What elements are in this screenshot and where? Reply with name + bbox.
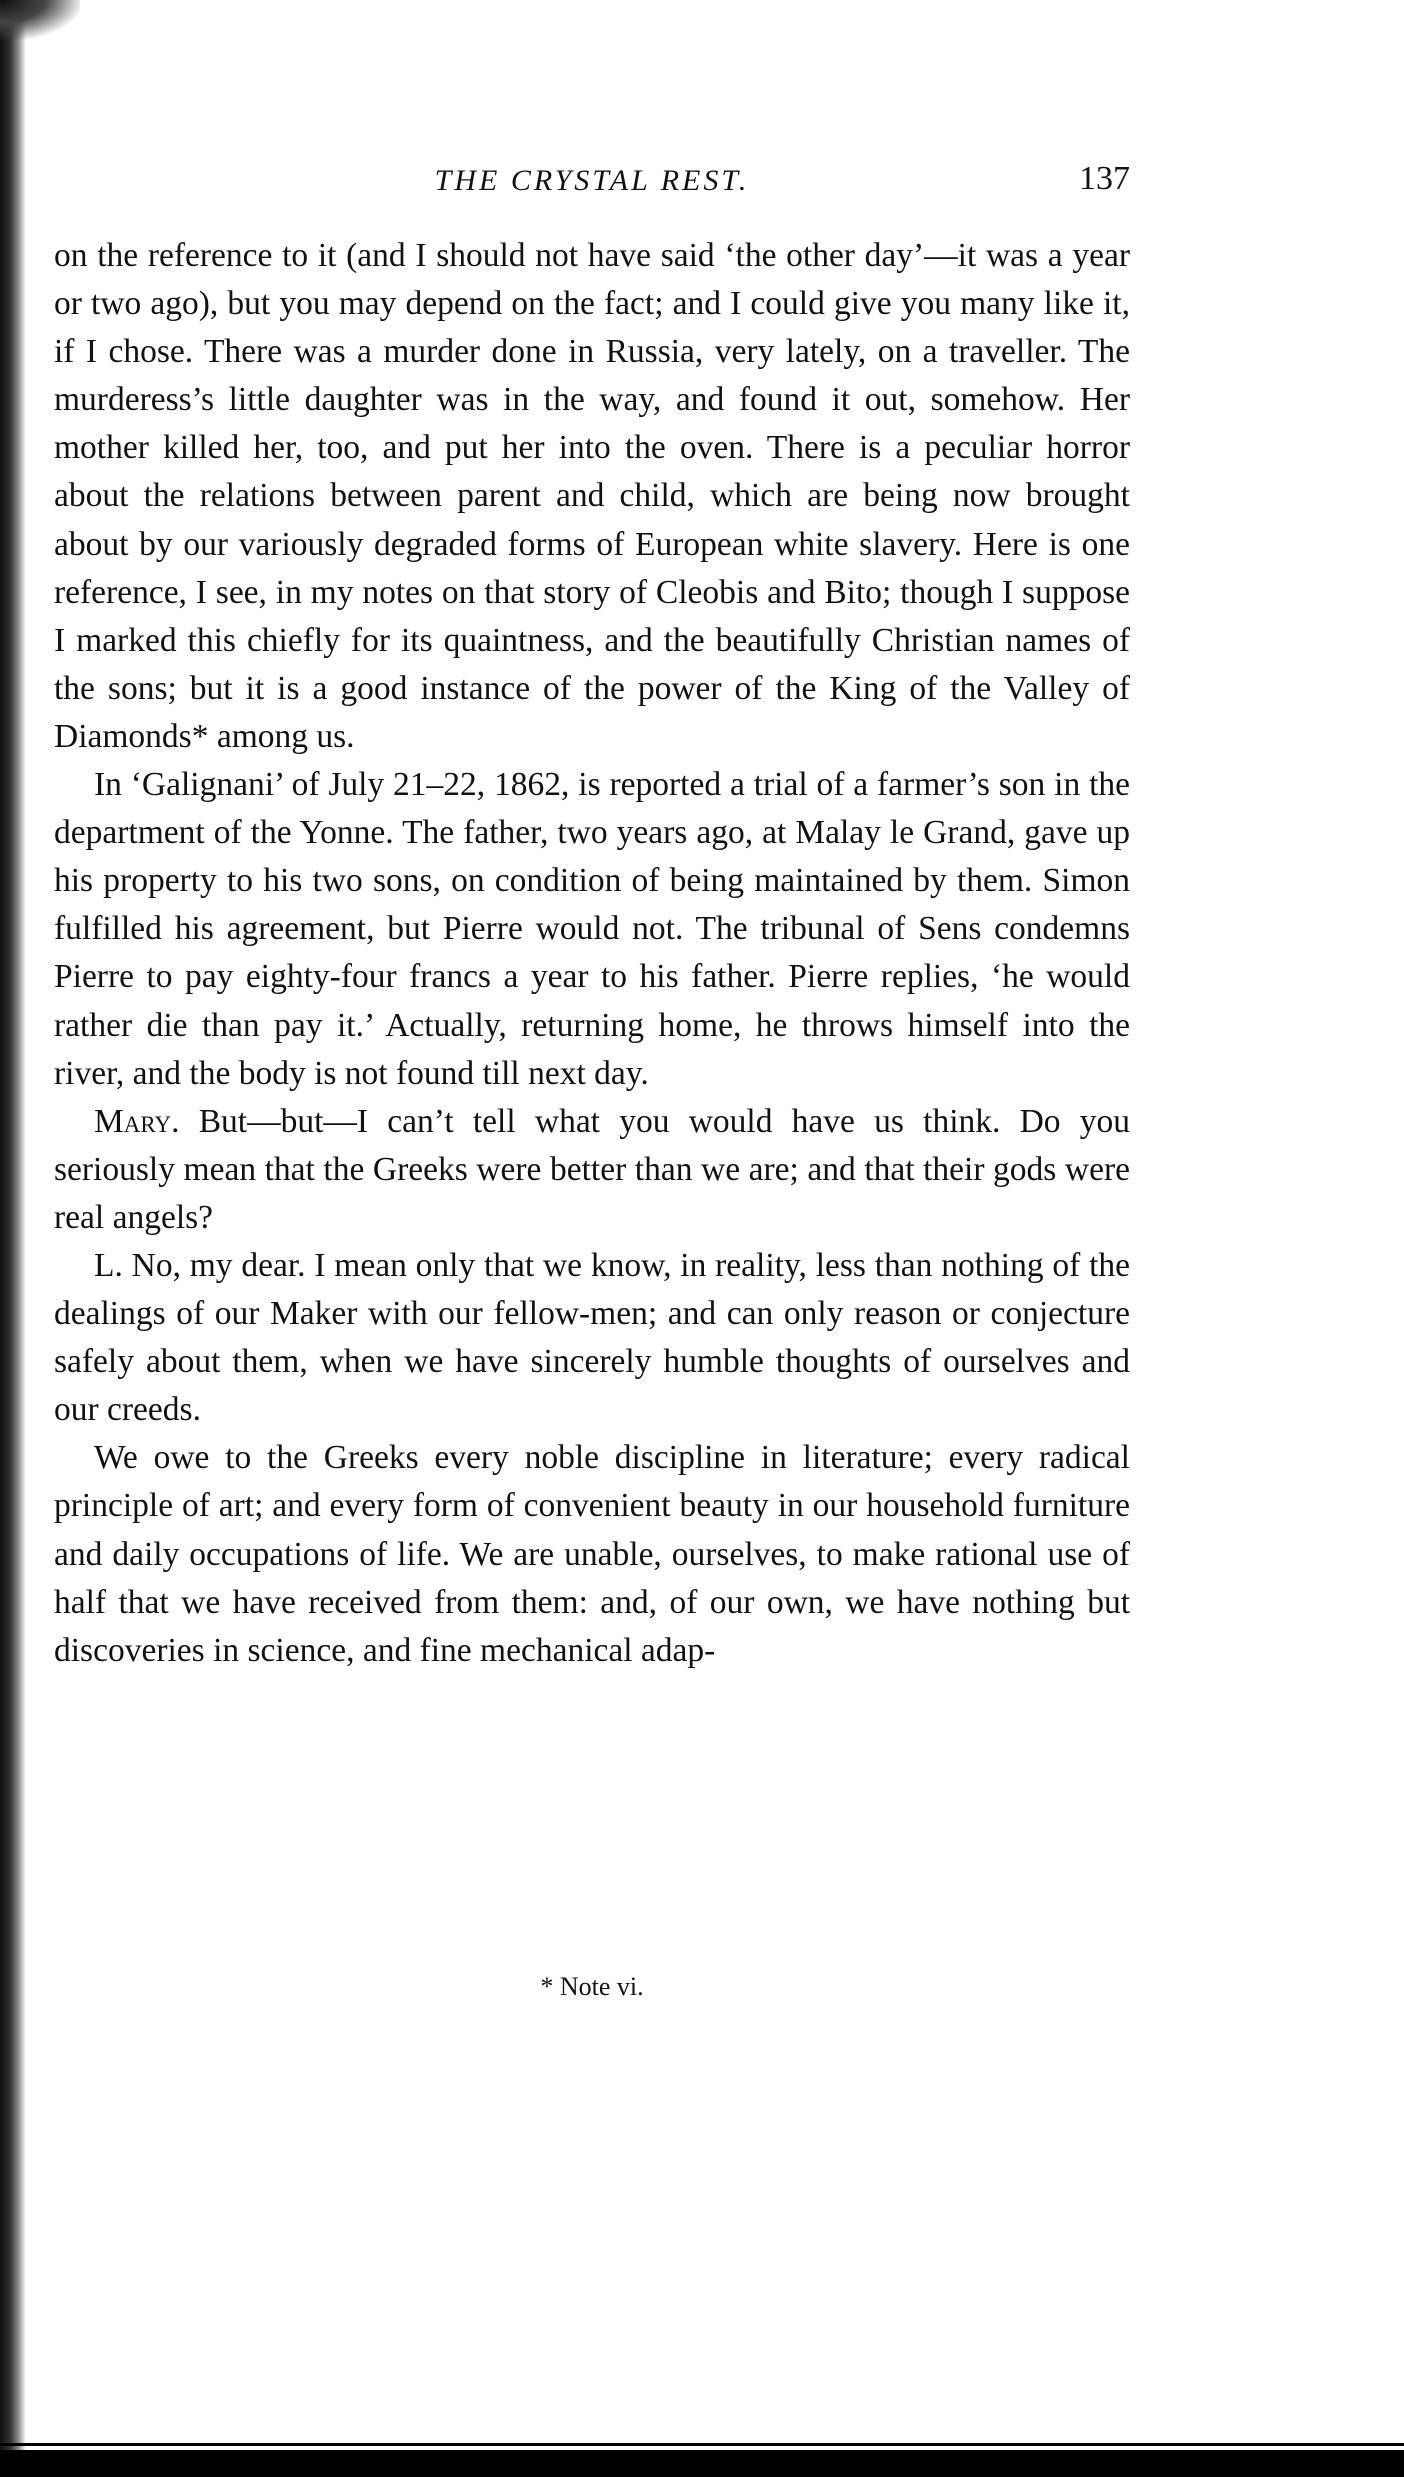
page-body: on the reference to it (and I should not… — [54, 232, 1130, 1675]
paragraph-text: We owe to the Greeks every noble discipl… — [54, 1439, 1130, 1668]
speaker-label: L. — [94, 1247, 123, 1284]
paragraph-continuation: on the reference to it (and I should not… — [54, 232, 1130, 761]
paragraph-text: In ‘Galignani’ of July 21–22, 1862, is r… — [54, 766, 1130, 1092]
paragraph-text: But—but—I can’t tell what you would have… — [54, 1103, 1130, 1236]
page-header: THE CRYSTAL REST. 137 — [54, 160, 1130, 200]
paragraph-galignani: In ‘Galignani’ of July 21–22, 1862, is r… — [54, 761, 1130, 1098]
footnote: * Note vi. — [54, 1972, 1130, 2002]
page-binding-edge — [0, 0, 26, 2477]
paragraph-text: No, my dear. I mean only that we know, i… — [54, 1247, 1130, 1428]
page-corner-shadow — [0, 0, 80, 40]
paragraph-text: on the reference to it (and I should not… — [54, 237, 1130, 755]
paragraph-greeks: We owe to the Greeks every noble discipl… — [54, 1434, 1130, 1674]
paragraph-l: L. No, my dear. I mean only that we know… — [54, 1242, 1130, 1434]
paragraph-mary: Mary. But—but—I can’t tell what you woul… — [54, 1098, 1130, 1242]
page-number: 137 — [1079, 160, 1130, 198]
running-title: THE CRYSTAL REST. — [54, 164, 1130, 198]
speaker-label: Mary. — [94, 1103, 179, 1140]
scan-bottom-edge — [0, 2450, 1404, 2477]
scan-bottom-line — [0, 2443, 1404, 2446]
